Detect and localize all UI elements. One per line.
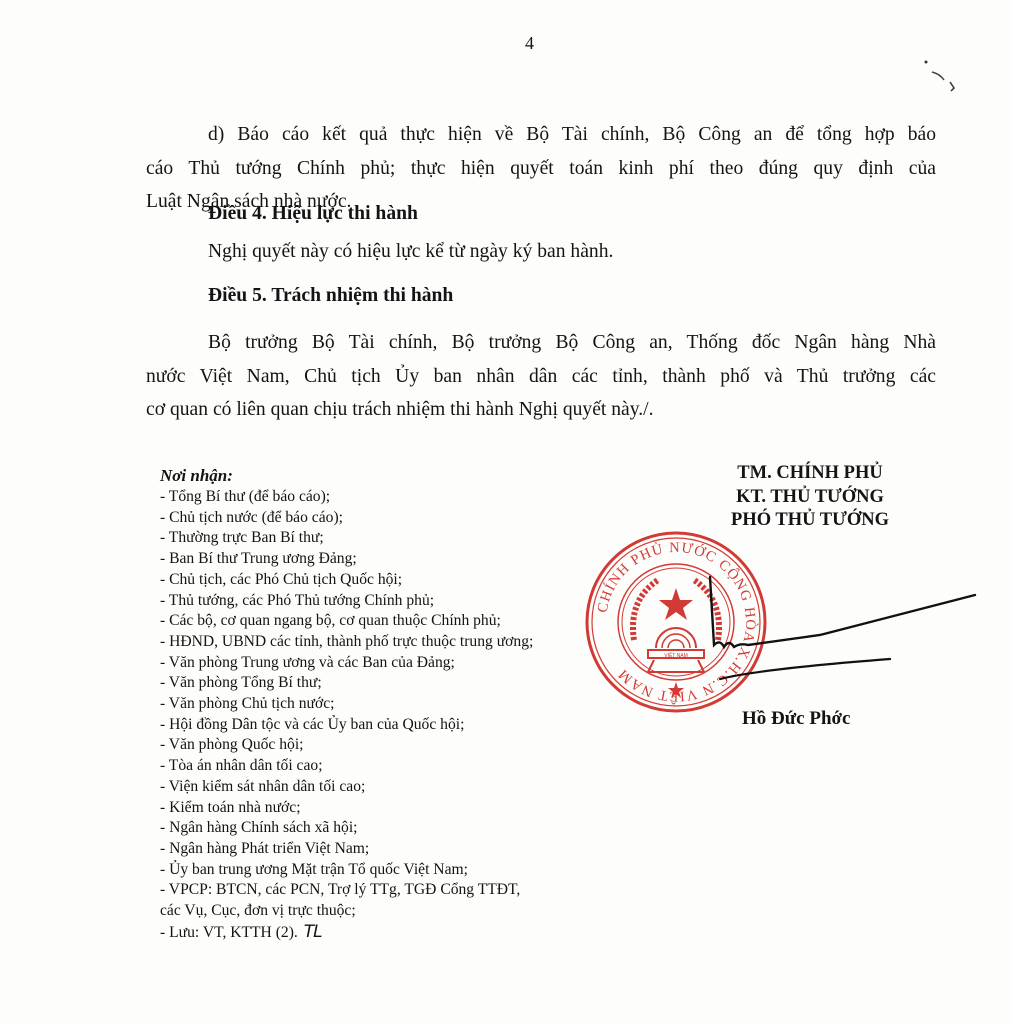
recipient-item: - Các bộ, cơ quan ngang bộ, cơ quan thuộ…	[160, 611, 533, 632]
article-5-paragraph: Bộ trưởng Bộ Tài chính, Bộ trưởng Bộ Côn…	[146, 326, 936, 427]
recipient-item: - Tổng Bí thư (để báo cáo);	[160, 487, 533, 508]
recipient-item: - Chủ tịch nước (để báo cáo);	[160, 508, 533, 529]
sign-title-line-1: TM. CHÍNH PHỦ	[690, 462, 930, 486]
recipient-item: - Văn phòng Chủ tịch nước;	[160, 694, 533, 715]
recipient-item: - Ngân hàng Phát triển Việt Nam;	[160, 839, 533, 860]
recipient-item: - Văn phòng Tổng Bí thư;	[160, 673, 533, 694]
article-5-line-1: Bộ trưởng Bộ Tài chính, Bộ trưởng Bộ Côn…	[208, 332, 936, 353]
signature-title-block: TM. CHÍNH PHỦ KT. THỦ TƯỚNG PHÓ THỦ TƯỚN…	[690, 462, 930, 533]
document-page: 4 d) Báo cáo kết quả thực hiện về Bộ Tài…	[0, 0, 1011, 1024]
recipient-item: - VPCP: BTCN, các PCN, Trợ lý TTg, TGĐ C…	[160, 880, 533, 901]
recipient-item: - Tòa án nhân dân tối cao;	[160, 756, 533, 777]
recipient-item: - Kiểm toán nhà nước;	[160, 798, 533, 819]
article-4-heading: Điều 4. Hiệu lực thi hành	[208, 203, 418, 225]
recipient-item: - Viện kiểm sát nhân dân tối cao;	[160, 777, 533, 798]
sign-title-line-2: KT. THỦ TƯỚNG	[690, 486, 930, 510]
section-d-line-1: d) Báo cáo kết quả thực hiện về Bộ Tài c…	[208, 124, 936, 145]
scan-smudge	[920, 58, 960, 98]
article-5-line-3: cơ quan có liên quan chịu trách nhiệm th…	[146, 399, 654, 420]
page-number: 4	[525, 33, 534, 54]
recipient-item: - Lưu: VT, KTTH (2).TL	[160, 922, 533, 944]
recipient-item: - Ủy ban trung ương Mặt trận Tổ quốc Việ…	[160, 860, 533, 881]
article-5-line-2: nước Việt Nam, Chủ tịch Ủy ban nhân dân …	[146, 366, 936, 387]
recipient-item: - Chủ tịch, các Phó Chủ tịch Quốc hội;	[160, 570, 533, 591]
svg-text:VIỆT NAM: VIỆT NAM	[664, 651, 688, 659]
recipient-item: các Vụ, Cục, đơn vị trực thuộc;	[160, 901, 533, 922]
signer-name: Hồ Đức Phớc	[742, 708, 850, 730]
recipients-list: Nơi nhận: - Tổng Bí thư (để báo cáo);- C…	[160, 465, 533, 943]
handwritten-initials: TL	[304, 922, 322, 942]
recipient-item: - Văn phòng Quốc hội;	[160, 735, 533, 756]
recipient-item: - Hội đồng Dân tộc và các Ủy ban của Quố…	[160, 715, 533, 736]
sign-title-line-3: PHÓ THỦ TƯỚNG	[690, 509, 930, 533]
recipient-item: - Thường trực Ban Bí thư;	[160, 528, 533, 549]
recipient-item: - Văn phòng Trung ương và các Ban của Đả…	[160, 653, 533, 674]
recipient-item: - Ban Bí thư Trung ương Đảng;	[160, 549, 533, 570]
handwritten-signature	[690, 565, 990, 695]
recipients-title: Nơi nhận:	[160, 465, 533, 487]
section-d-line-2: cáo Thủ tướng Chính phủ; thực hiện quyết…	[146, 158, 936, 179]
article-5-heading: Điều 5. Trách nhiệm thi hành	[208, 285, 453, 307]
recipient-item: - Ngân hàng Chính sách xã hội;	[160, 818, 533, 839]
recipient-item: - HĐND, UBND các tỉnh, thành phố trực th…	[160, 632, 533, 653]
article-4-body: Nghị quyết này có hiệu lực kể từ ngày ký…	[208, 241, 613, 263]
recipient-item: - Thủ tướng, các Phó Thủ tướng Chính phủ…	[160, 591, 533, 612]
star-icon	[659, 588, 693, 620]
